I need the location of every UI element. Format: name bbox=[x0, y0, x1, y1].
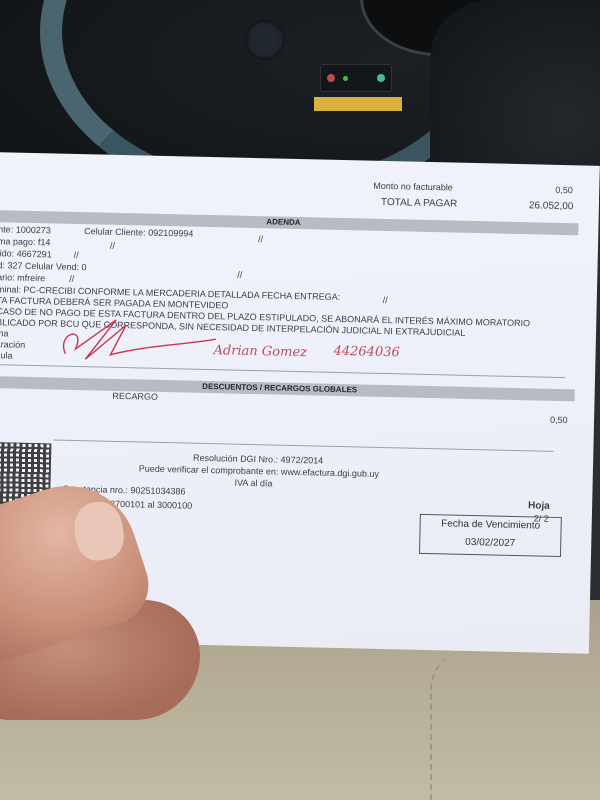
cedula-label: dula bbox=[0, 350, 13, 360]
aclaracion-label: aración bbox=[0, 339, 25, 350]
separator: // bbox=[110, 241, 115, 251]
yellow-label-strip bbox=[314, 97, 402, 111]
pedido-field: lido: 4667291 bbox=[0, 248, 52, 259]
separator: // bbox=[74, 250, 79, 260]
monto-no-facturable-value: 0,50 bbox=[555, 185, 573, 195]
indicator-panel bbox=[320, 64, 392, 92]
hoja-label: Hoja bbox=[528, 500, 550, 511]
usuario-field: ario: mfreire bbox=[0, 272, 45, 283]
handwritten-name: Adrian Gomez bbox=[213, 343, 307, 360]
verificar-text: Puede verificar el comprobante en: www.e… bbox=[139, 463, 379, 478]
descuentos-header: DESCUENTOS / RECARGOS GLOBALES bbox=[0, 376, 575, 401]
separator: // bbox=[69, 274, 74, 284]
celular-cliente-field: Celular Cliente: 092109994 bbox=[84, 226, 193, 238]
firma-label: ma bbox=[0, 328, 9, 338]
vendedor-field: d: 327 Celular Vend: 0 bbox=[0, 260, 87, 272]
monto-no-facturable-label: Monto no facturable bbox=[373, 181, 453, 193]
separator: // bbox=[237, 270, 242, 280]
resolucion-dgi: Resolución DGI Nro.: 4972/2014 bbox=[193, 453, 323, 466]
total-value: 26.052,00 bbox=[529, 200, 574, 212]
iva-text: IVA al día bbox=[234, 478, 272, 489]
vencimiento-label: Fecha de Vencimiento bbox=[420, 515, 560, 536]
green-led-icon bbox=[343, 76, 348, 81]
vencimiento-value: 03/02/2027 bbox=[420, 533, 560, 554]
forma-pago-field: ma pago: f14 bbox=[0, 236, 51, 247]
pants-seam bbox=[430, 650, 552, 800]
recargo-label: RECARGO bbox=[112, 391, 158, 402]
cliente-field: nte: 1000273 bbox=[0, 224, 51, 235]
red-led-icon bbox=[327, 74, 335, 82]
divider bbox=[53, 440, 553, 452]
recargo-value: 0,50 bbox=[550, 415, 568, 425]
separator: // bbox=[258, 234, 263, 244]
teal-led-icon bbox=[377, 74, 385, 82]
separator: // bbox=[383, 295, 388, 305]
total-label: TOTAL A PAGAR bbox=[381, 197, 458, 210]
signature-scribble bbox=[55, 314, 236, 368]
handwritten-id: 44264036 bbox=[333, 344, 399, 360]
console-knob bbox=[245, 20, 285, 60]
divider bbox=[0, 364, 565, 378]
fecha-vencimiento-box: Fecha de Vencimiento 03/02/2027 bbox=[419, 514, 562, 557]
